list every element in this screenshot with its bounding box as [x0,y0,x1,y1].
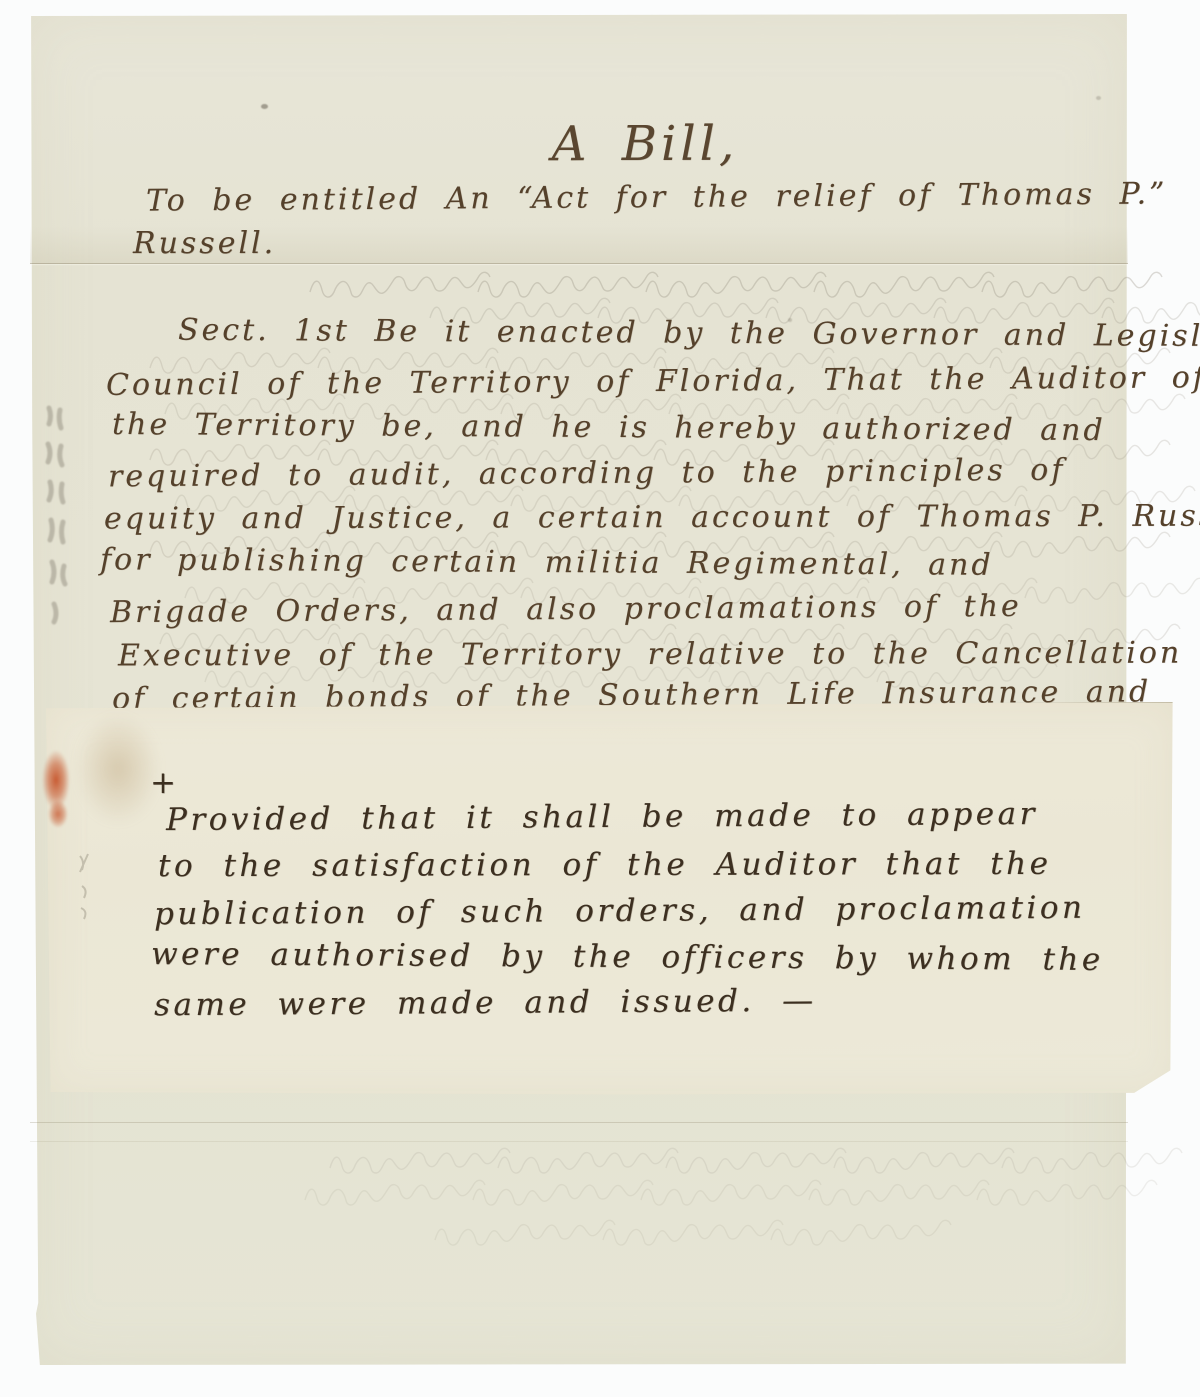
paper-stain [76,714,160,824]
pencil-notation-mark [76,852,102,922]
fold-crease [30,263,1128,264]
body-line: Executive of the Territory relative to t… [118,636,1182,674]
paper-speck [261,104,268,109]
slip-line: to the satisfaction of the Auditor that … [158,846,1052,884]
body-line: for publishing certain militia Regimenta… [100,542,994,582]
fold-crease [30,1141,1128,1142]
paper-speck [1096,96,1101,100]
bill-subtitle-line-1: To be entitled An “Act for the relief of… [146,176,1168,218]
slip-line: publication of such orders, and proclama… [154,890,1086,933]
body-line: Sect. 1st Be it enacted by the Governor … [178,313,1200,355]
body-line: equity and Justice, a certain account of… [104,498,1200,536]
wax-seal-mark [48,800,68,828]
scanned-document-page: A Bill, To be entitled An “Act for the r… [0,0,1200,1397]
body-line: the Territory be, and he is hereby autho… [112,407,1106,448]
bill-title: A Bill, [435,115,855,172]
slip-line: same were made and issued. — [154,983,817,1024]
paper-speck [788,318,792,322]
body-line: required to audit, according to the prin… [108,453,1066,495]
pasted-amendment-slip: + Provided that it shall be made to appe… [46,702,1176,1096]
fold-crease [30,1122,1128,1123]
bill-subtitle-line-2: Russell. [133,226,276,261]
slip-line: Provided that it shall be made to appear [166,796,1038,838]
body-line: Brigade Orders, and also proclamations o… [110,589,1022,630]
slip-line: were authorised by the officers by whom … [151,936,1104,978]
